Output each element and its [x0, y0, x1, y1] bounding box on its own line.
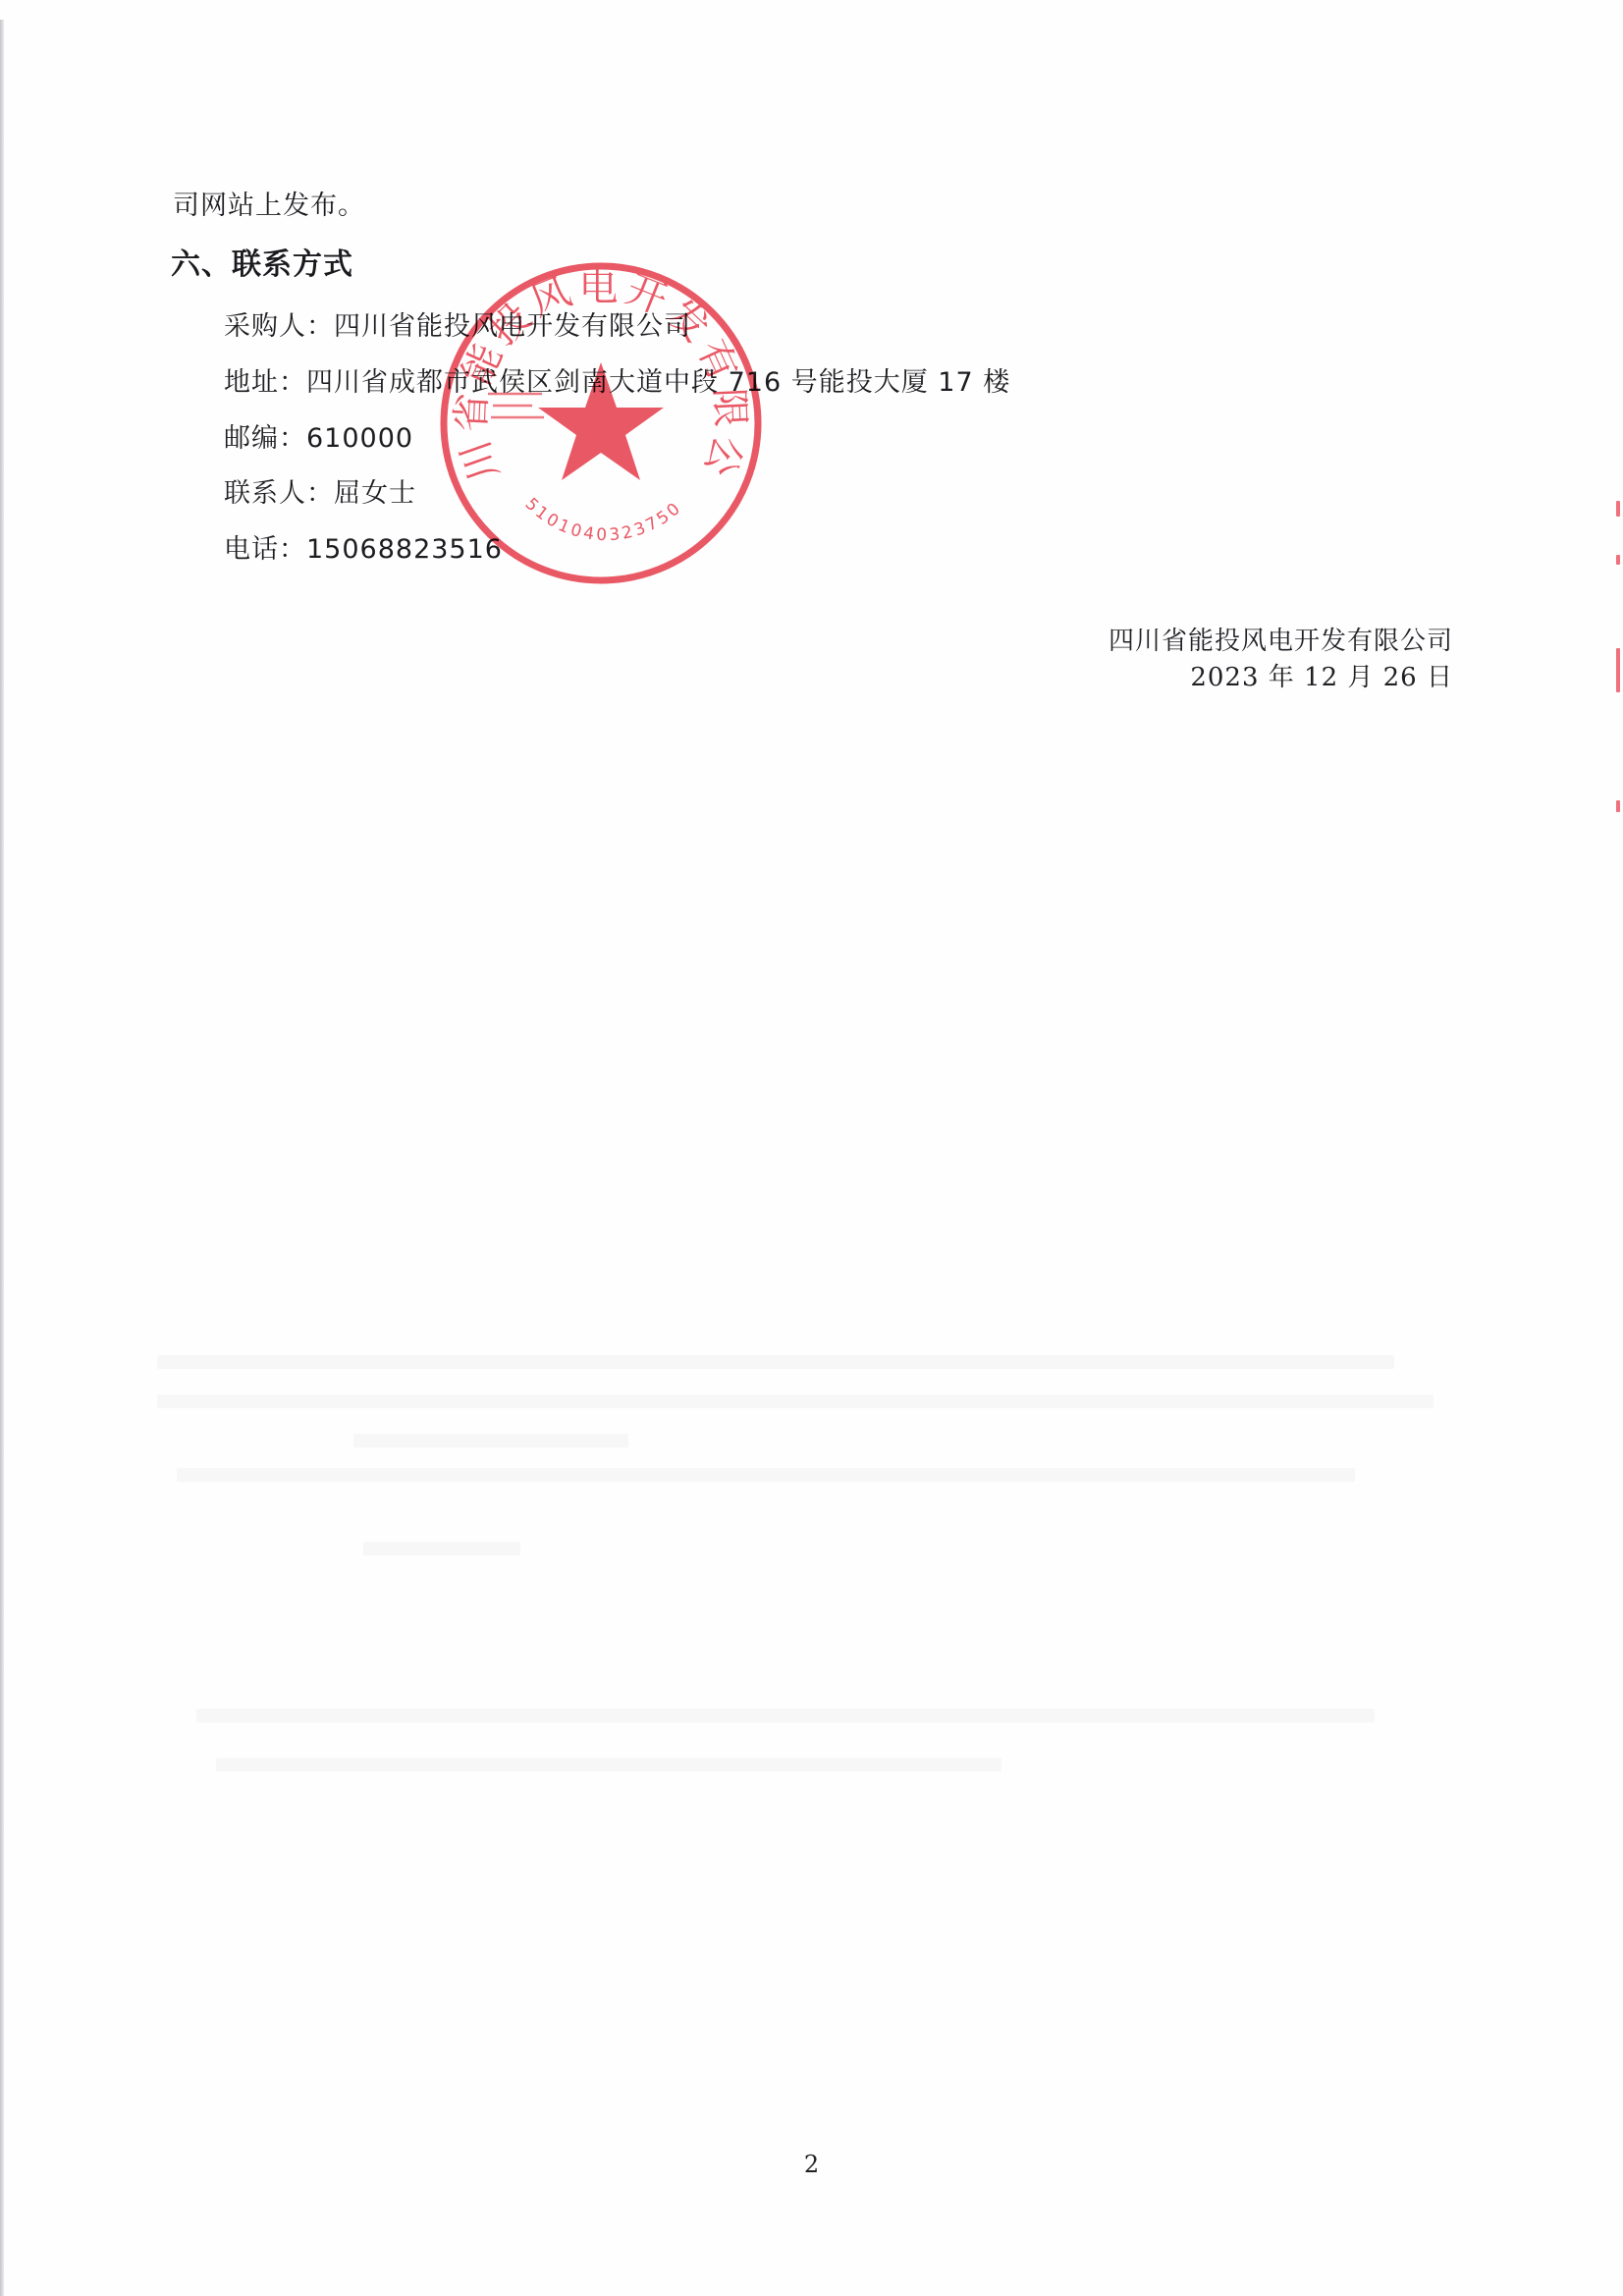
company-seal-icon: 四川省能投风电开发有限公司 5101040323750 [434, 256, 768, 590]
seam-seal-fragment [1616, 555, 1620, 565]
contact-row-person: 联系人：屈女士 [224, 477, 416, 511]
contact-label: 采购人： [224, 311, 334, 342]
signature-date: 2023 年 12 月 26 日 [1190, 661, 1453, 694]
signature-organization: 四川省能投风电开发有限公司 [1109, 625, 1453, 658]
seam-seal-fragment [1616, 501, 1620, 517]
contact-value: 610000 [306, 423, 413, 454]
contact-label: 地址： [224, 367, 306, 398]
contact-value: 屈女士 [334, 478, 416, 509]
page-number: 2 [0, 2151, 1623, 2178]
continuation-line: 司网站上发布。 [173, 190, 365, 223]
seam-seal-fragment [1616, 648, 1620, 692]
svg-text:5101040323750: 5101040323750 [521, 494, 686, 545]
contact-label: 电话： [224, 534, 306, 565]
seal-serial: 5101040323750 [521, 494, 686, 545]
document-page: 司网站上发布。 六、联系方式 采购人：四川省能投风电开发有限公司 地址：四川省成… [0, 0, 1623, 2296]
contact-row-postcode: 邮编：610000 [224, 422, 413, 456]
seam-seal-fragment [1616, 800, 1620, 812]
scan-edge [0, 20, 4, 2296]
contact-label: 联系人： [224, 478, 334, 509]
contact-label: 邮编： [224, 423, 306, 454]
section-heading: 六、联系方式 [171, 247, 353, 283]
